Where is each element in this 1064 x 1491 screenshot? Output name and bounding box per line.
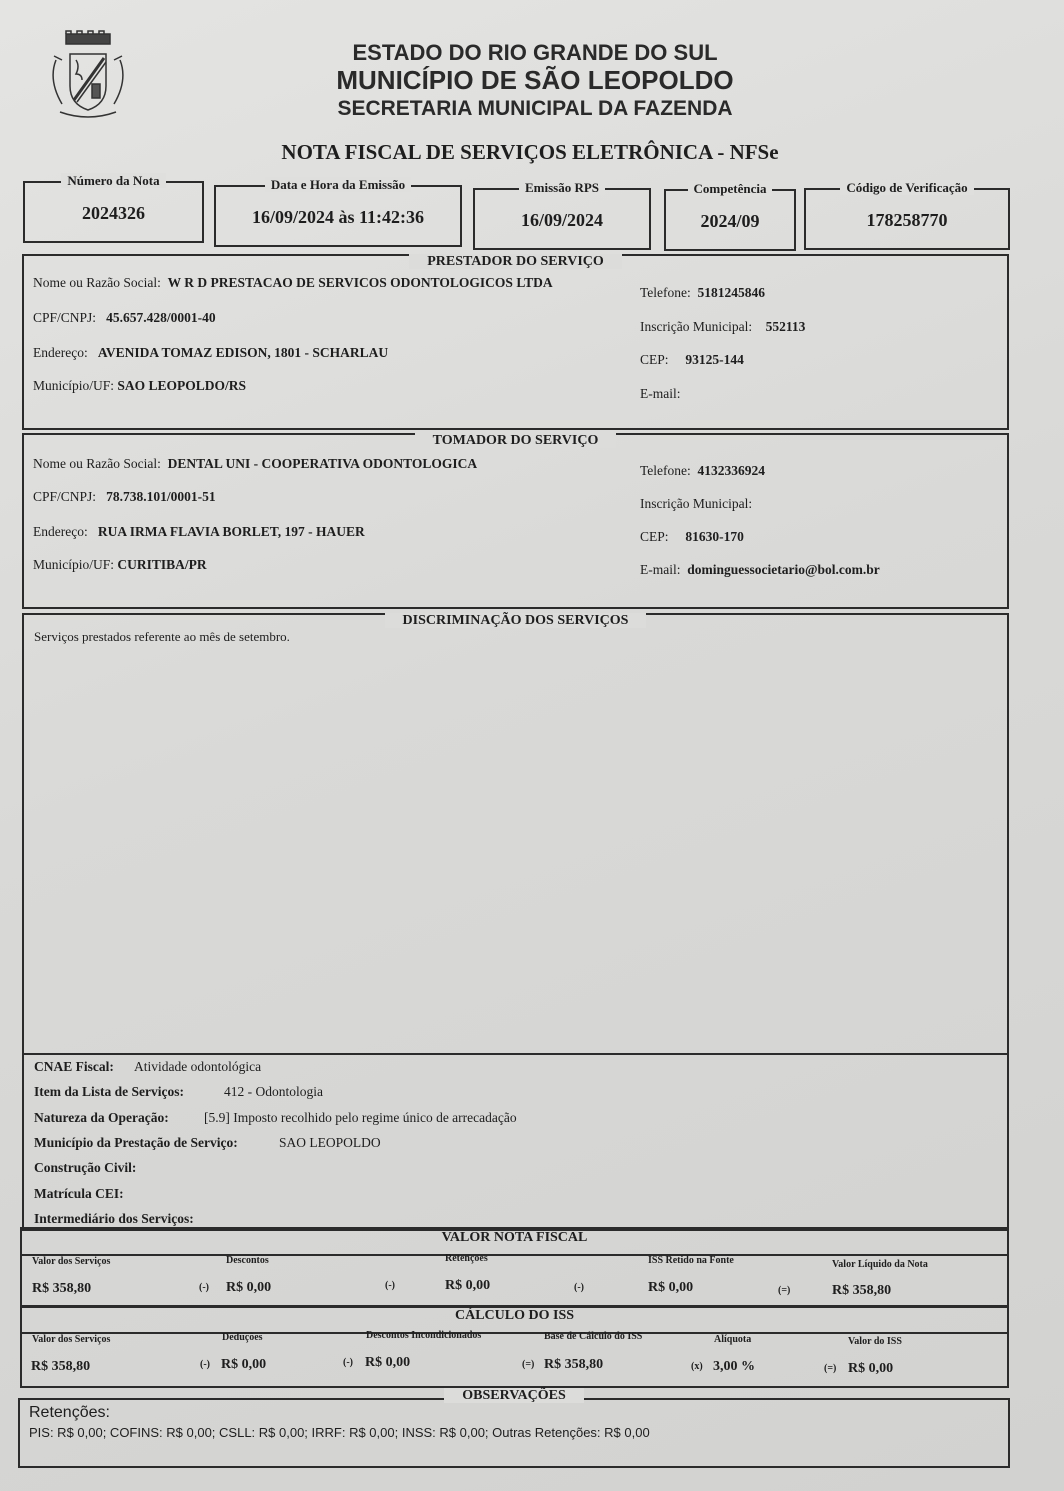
numero-nota-label: Número da Nota <box>61 173 165 188</box>
observacoes-title: OBSERVAÇÕES <box>444 1388 584 1403</box>
prestador-inscricao: 552113 <box>766 319 806 334</box>
calculo_iss-label: Base de Cálculo do ISS <box>544 1331 642 1342</box>
tomador-section: TOMADOR DO SERVIÇO Nome ou Razão Social:… <box>22 433 1009 609</box>
detail-row: Município da Prestação de Serviço:SAO LE… <box>34 1135 381 1151</box>
detail-label: CNAE Fiscal: <box>34 1059 134 1075</box>
data-emissao-label: Data e Hora da Emissão <box>265 177 411 192</box>
tomador-email: dominguessocietario@bol.com.br <box>687 562 880 577</box>
prestador-endereco-label: Endereço: <box>33 345 88 360</box>
tomador-nome-label: Nome ou Razão Social: <box>33 456 161 471</box>
calculo_iss-label: Valor do ISS <box>848 1336 902 1347</box>
prestador-nome: W R D PRESTACAO DE SERVICOS ODONTOLOGICO… <box>168 275 553 290</box>
tomador-municipio: CURITIBA/PR <box>117 557 206 572</box>
prestador-inscricao-label: Inscrição Municipal: <box>640 319 752 334</box>
valor_nota-operator: (-) <box>199 1282 209 1293</box>
valor_nota-label: Valor dos Serviços <box>32 1256 110 1267</box>
prestador-cep-label: CEP: <box>640 352 669 367</box>
data-emissao-value: 16/09/2024 às 11:42:36 <box>216 207 460 228</box>
detail-label: Construção Civil: <box>34 1160 136 1176</box>
valor_nota-operator: (=) <box>778 1285 790 1296</box>
municipal-coat-of-arms-icon <box>44 30 132 122</box>
tomador-cep: 81630-170 <box>685 529 744 544</box>
prestador-title: PRESTADOR DO SERVIÇO <box>409 254 622 269</box>
discriminacao-section: DISCRIMINAÇÃO DOS SERVIÇOS Serviços pres… <box>22 613 1009 1231</box>
calculo_iss-operator: (-) <box>200 1359 210 1370</box>
tomador-title: TOMADOR DO SERVIÇO <box>415 433 617 448</box>
tomador-nome: DENTAL UNI - COOPERATIVA ODONTOLOGICA <box>168 456 478 471</box>
detail-row: Intermediário dos Serviços: <box>34 1211 194 1227</box>
discriminacao-text: Serviços prestados referente ao mês de s… <box>34 629 290 645</box>
valor-nota-items: Valor dos ServiçosR$ 358,80DescontosR$ 0… <box>22 1229 1007 1306</box>
calculo_iss-operator: (=) <box>824 1363 836 1374</box>
prestador-cep: 93125-144 <box>685 352 744 367</box>
state-name: ESTADO DO RIO GRANDE DO SUL <box>300 40 770 66</box>
calculo_iss-label: Deduções <box>222 1332 263 1343</box>
prestador-email-label: E-mail: <box>640 386 681 401</box>
prestador-section: PRESTADOR DO SERVIÇO Nome ou Razão Socia… <box>22 254 1009 430</box>
detail-value: [5.9] Imposto recolhido pelo regime únic… <box>204 1110 517 1125</box>
calculo_iss-label: Descontos Incondicionados <box>366 1330 481 1341</box>
prestador-cnpj: 45.657.428/0001-40 <box>106 310 216 325</box>
tomador-inscricao-label: Inscrição Municipal: <box>640 496 752 511</box>
calculo_iss-value: R$ 0,00 <box>848 1361 893 1377</box>
calculo_iss-operator: (x) <box>691 1361 703 1372</box>
valor-nota-section: VALOR NOTA FISCAL Valor dos ServiçosR$ 3… <box>20 1227 1009 1308</box>
codigo-verificacao-box: Código de Verificação 178258770 <box>804 188 1010 250</box>
detail-row: CNAE Fiscal:Atividade odontológica <box>34 1059 261 1075</box>
tomador-cep-label: CEP: <box>640 529 669 544</box>
valor_nota-value: R$ 0,00 <box>226 1280 271 1296</box>
emissao-rps-value: 16/09/2024 <box>475 210 649 231</box>
prestador-telefone: 5181245846 <box>698 285 766 300</box>
detail-row: Item da Lista de Serviços:412 - Odontolo… <box>34 1084 323 1100</box>
detail-label: Intermediário dos Serviços: <box>34 1211 194 1227</box>
calculo_iss-value: R$ 0,00 <box>365 1355 410 1371</box>
detail-row: Matrícula CEI: <box>34 1186 124 1202</box>
calculo-iss-section: CÁLCULO DO ISS Valor dos ServiçosR$ 358,… <box>20 1305 1009 1388</box>
observacoes-text: PIS: R$ 0,00; COFINS: R$ 0,00; CSLL: R$ … <box>29 1425 650 1440</box>
valor_nota-label: Descontos <box>226 1255 269 1266</box>
municipality-name: MUNICÍPIO DE SÃO LEOPOLDO <box>300 65 770 96</box>
observacoes-section: OBSERVAÇÕES Retenções: PIS: R$ 0,00; COF… <box>18 1398 1010 1468</box>
detail-label: Município da Prestação de Serviço: <box>34 1135 279 1151</box>
competencia-value: 2024/09 <box>666 211 794 232</box>
valor_nota-value: R$ 358,80 <box>832 1283 891 1299</box>
tomador-endereco-label: Endereço: <box>33 524 88 539</box>
data-emissao-box: Data e Hora da Emissão 16/09/2024 às 11:… <box>214 185 462 247</box>
prestador-telefone-label: Telefone: <box>640 285 691 300</box>
prestador-municipio: SAO LEOPOLDO/RS <box>117 378 246 393</box>
prestador-nome-label: Nome ou Razão Social: <box>33 275 161 290</box>
valor_nota-label: Valor Líquido da Nota <box>832 1259 928 1270</box>
valor_nota-operator: (-) <box>385 1280 395 1291</box>
codigo-verificacao-label: Código de Verificação <box>840 180 973 195</box>
competencia-box: Competência 2024/09 <box>664 189 796 251</box>
calculo_iss-value: 3,00 % <box>713 1359 755 1375</box>
competencia-label: Competência <box>688 181 773 196</box>
numero-nota-value: 2024326 <box>25 203 202 224</box>
discriminacao-title: DISCRIMINAÇÃO DOS SERVIÇOS <box>385 613 647 628</box>
calculo_iss-operator: (-) <box>343 1357 353 1368</box>
calculo_iss-operator: (=) <box>522 1359 534 1370</box>
prestador-cnpj-label: CPF/CNPJ: <box>33 310 96 325</box>
detail-label: Matrícula CEI: <box>34 1186 124 1202</box>
document-title: NOTA FISCAL DE SERVIÇOS ELETRÔNICA - NFS… <box>230 140 830 165</box>
emissao-rps-label: Emissão RPS <box>519 180 605 195</box>
tomador-municipio-label: Município/UF: <box>33 557 114 572</box>
detail-value: SAO LEOPOLDO <box>279 1135 381 1150</box>
tomador-cnpj-label: CPF/CNPJ: <box>33 489 96 504</box>
department-name: SECRETARIA MUNICIPAL DA FAZENDA <box>300 97 770 121</box>
prestador-municipio-label: Município/UF: <box>33 378 114 393</box>
valor_nota-label: Retençoes <box>445 1253 488 1264</box>
detail-value: 412 - Odontologia <box>224 1084 323 1099</box>
detail-label: Natureza da Operação: <box>34 1110 204 1126</box>
tomador-cnpj: 78.738.101/0001-51 <box>106 489 216 504</box>
detail-label: Item da Lista de Serviços: <box>34 1084 224 1100</box>
calculo_iss-value: R$ 358,80 <box>31 1359 90 1375</box>
detail-row: Natureza da Operação:[5.9] Imposto recol… <box>34 1110 517 1126</box>
calculo-iss-items: Valor dos ServiçosR$ 358,80DeduçõesR$ 0,… <box>22 1307 1007 1386</box>
tomador-endereco: RUA IRMA FLAVIA BORLET, 197 - HAUER <box>98 524 365 539</box>
valor_nota-value: R$ 0,00 <box>445 1278 490 1294</box>
numero-nota-box: Número da Nota 2024326 <box>23 181 204 243</box>
prestador-endereco: AVENIDA TOMAZ EDISON, 1801 - SCHARLAU <box>98 345 388 360</box>
calculo_iss-label: Valor dos Serviços <box>32 1334 110 1345</box>
observacoes-heading: Retenções: <box>29 1404 110 1422</box>
calculo_iss-value: R$ 358,80 <box>544 1357 603 1373</box>
valor_nota-value: R$ 0,00 <box>648 1280 693 1296</box>
emissao-rps-box: Emissão RPS 16/09/2024 <box>473 188 651 250</box>
valor_nota-operator: (-) <box>574 1282 584 1293</box>
detail-row: Construção Civil: <box>34 1160 136 1176</box>
details-divider <box>24 1053 1007 1055</box>
tomador-telefone: 4132336924 <box>698 463 766 478</box>
tomador-email-label: E-mail: <box>640 562 681 577</box>
tomador-telefone-label: Telefone: <box>640 463 691 478</box>
codigo-verificacao-value: 178258770 <box>806 210 1008 231</box>
calculo_iss-value: R$ 0,00 <box>221 1357 266 1373</box>
valor_nota-label: ISS Retido na Fonte <box>648 1255 734 1266</box>
calculo_iss-label: Alíquota <box>714 1334 751 1345</box>
detail-value: Atividade odontológica <box>134 1059 261 1074</box>
valor_nota-value: R$ 358,80 <box>32 1281 91 1297</box>
